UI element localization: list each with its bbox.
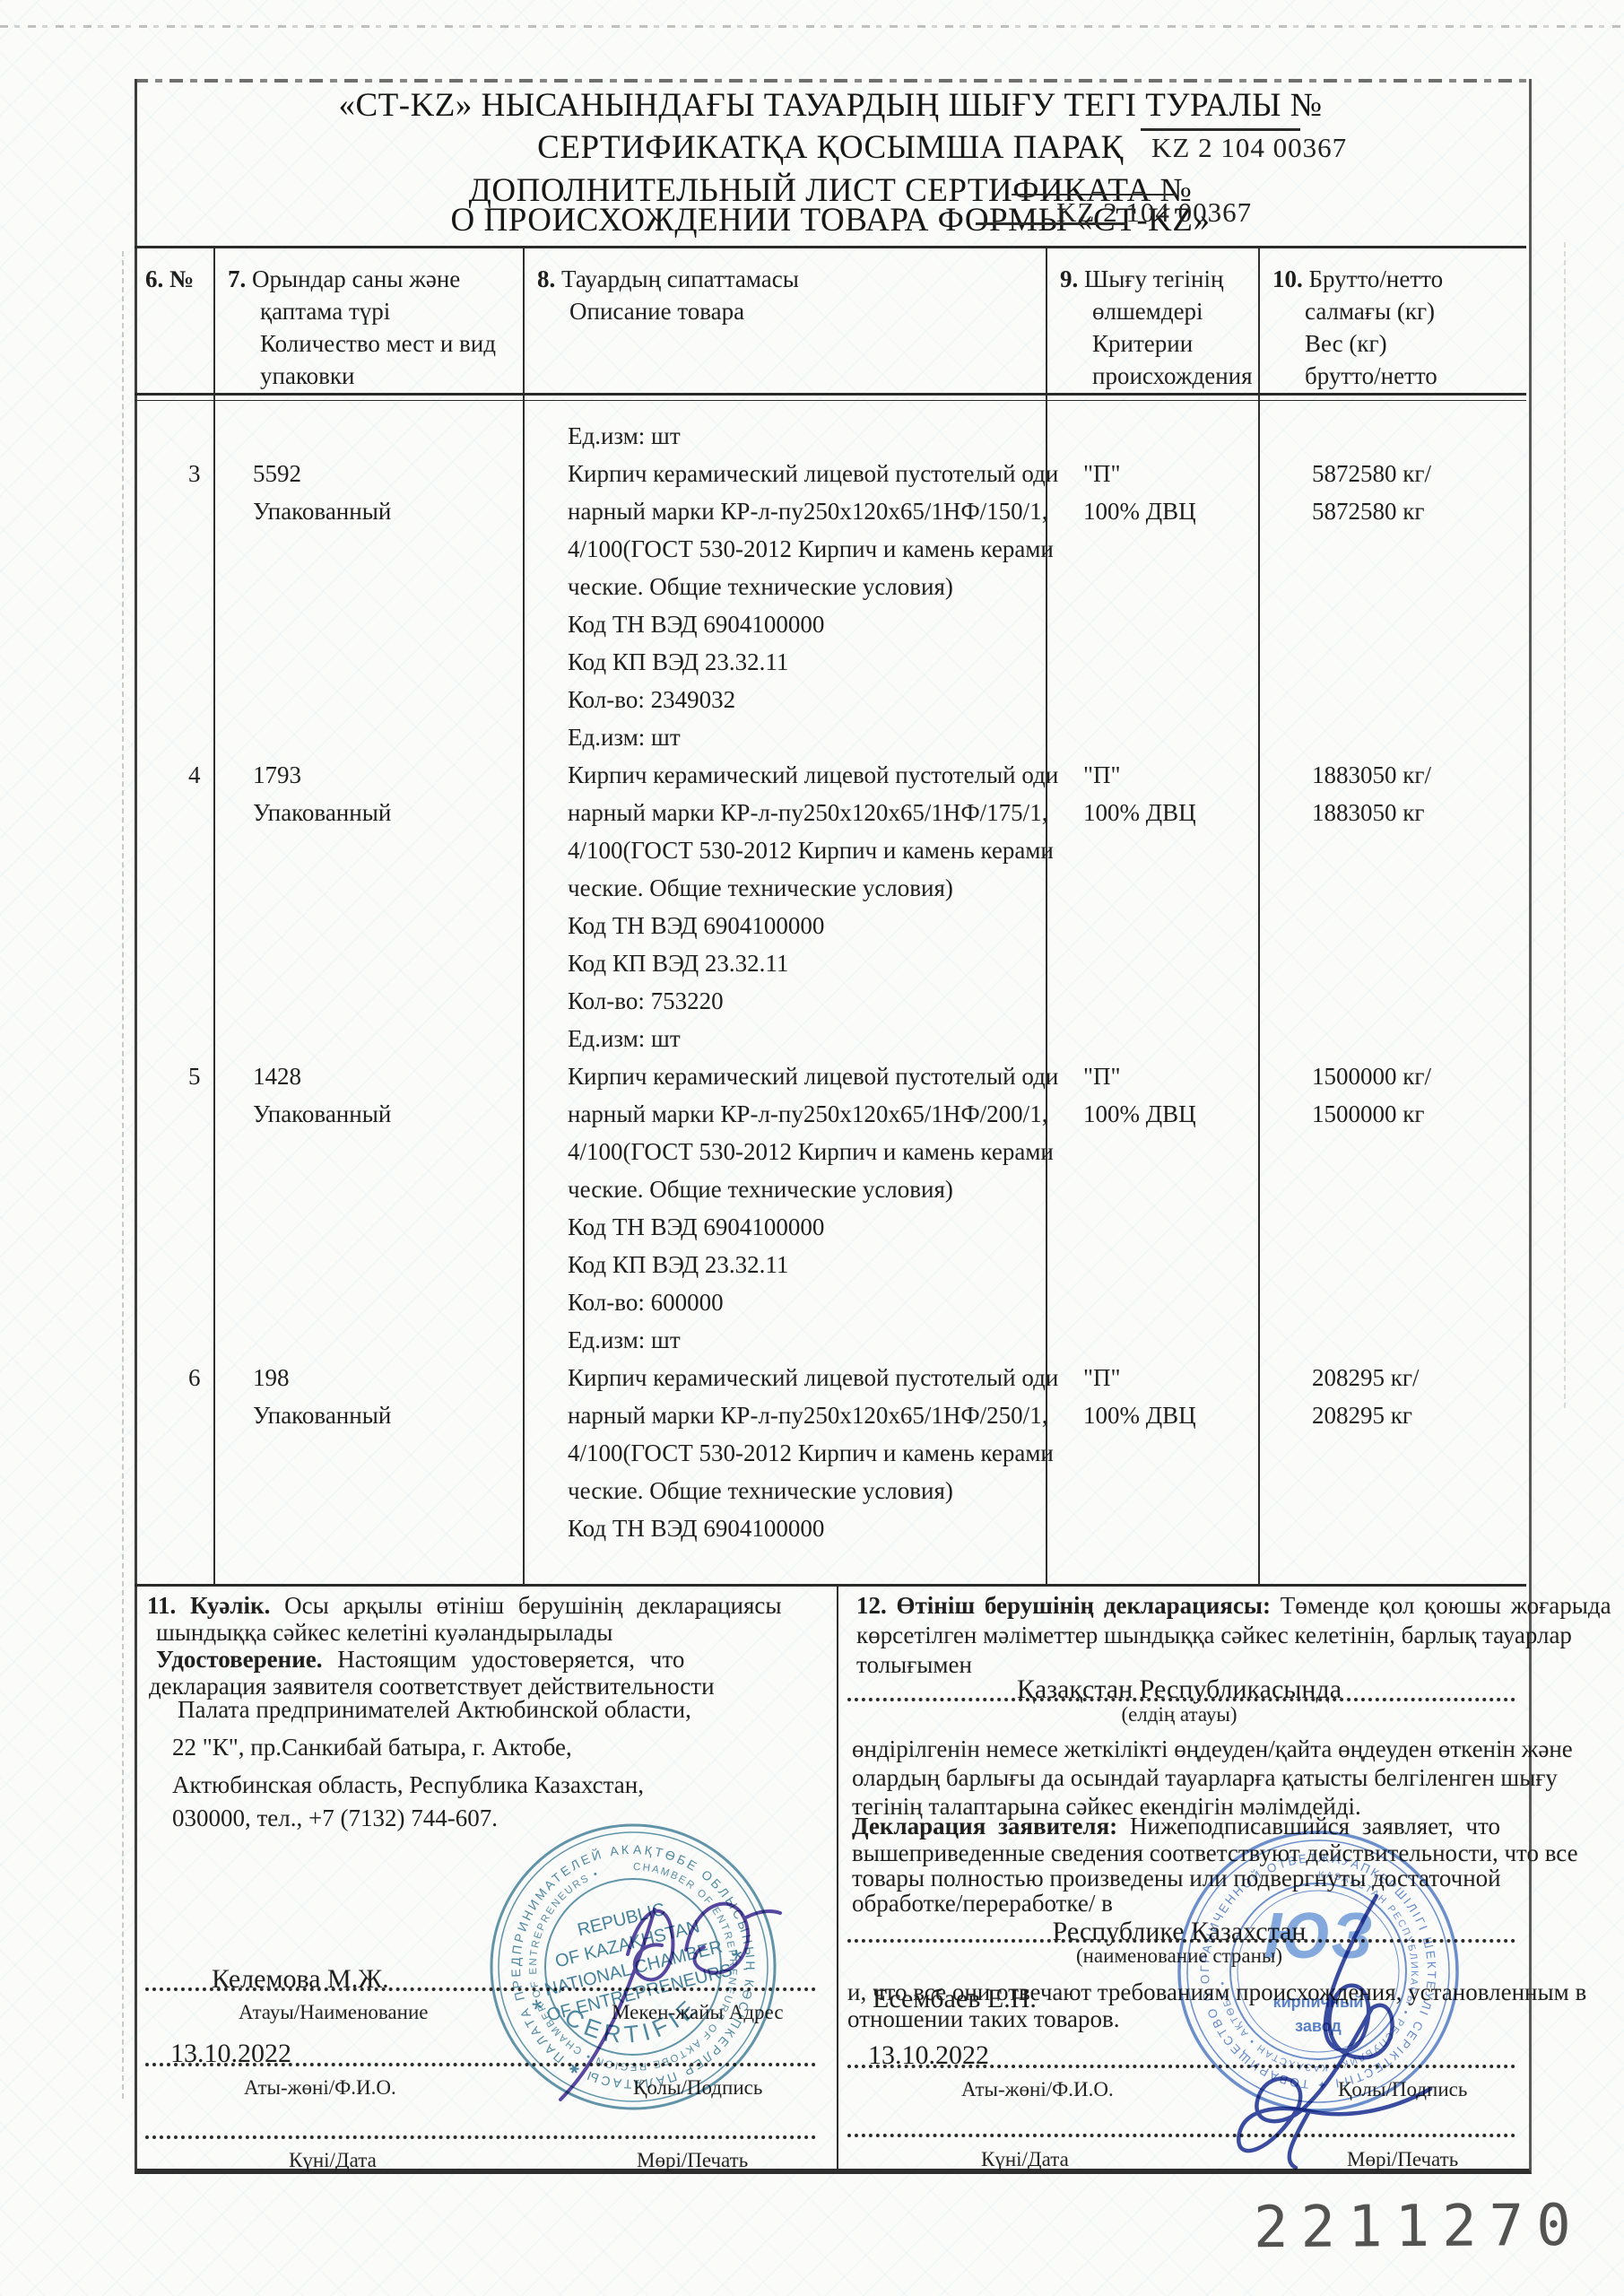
cell-line: Код КП ВЭД 23.32.11: [523, 1246, 1046, 1283]
table-row: 35592УпакованныйЕд.изм: штКирпич керамич…: [135, 417, 1526, 718]
header-line: Критерии: [1060, 327, 1253, 360]
header-line: Описание товара: [537, 295, 1040, 327]
cell-line: Код КП ВЭД 23.32.11: [523, 643, 1046, 681]
cell-line: [135, 718, 213, 756]
s12-heading: 12. Өтініш берушінің декларациясы:: [856, 1592, 1271, 1619]
cell-line: 6: [135, 1359, 213, 1396]
cell-line: [1046, 718, 1258, 756]
cell-line: 4/100(ГОСТ 530-2012 Кирпич и камень кера…: [523, 1133, 1046, 1170]
label-name: Атауы/Наименование: [239, 2001, 428, 2024]
cell-line: Упакованный: [213, 1396, 523, 1434]
cell-weight: 208295 кг/208295 кг: [1258, 1321, 1526, 1547]
s12-p1-l1: Төменде қол қоюшы жоғарыда: [1281, 1592, 1611, 1619]
header-num: 8.: [537, 265, 555, 292]
cell-line: 1500000 кг/: [1258, 1057, 1526, 1095]
table-row: 51428УпакованныйЕд.изм: штКирпич керамич…: [135, 1020, 1526, 1321]
header-num: 9.: [1060, 265, 1078, 292]
cell-line: Кирпич керамический лицевой пустотелый о…: [523, 455, 1046, 492]
cell-line: 3: [135, 455, 213, 492]
s11-org-line: 030000, тел., +7 (7132) 744-607.: [172, 1805, 498, 1832]
s11-heading: 11. Куәлік.: [147, 1592, 270, 1619]
cert-number-strike: [976, 222, 1126, 225]
cell-line: Упакованный: [213, 492, 523, 530]
cell-line: ческие. Общие технические условия): [523, 1472, 1046, 1509]
cell-line: [1046, 1321, 1258, 1359]
cell-line: [1258, 1321, 1526, 1359]
s11-org-line: Актюбинская область, Республика Казахста…: [172, 1771, 644, 1799]
cell-line: 4/100(ГОСТ 530-2012 Кирпич и камень кера…: [523, 831, 1046, 869]
cell-criteria: "П"100% ДВЦ: [1046, 1321, 1258, 1547]
cell-criteria: "П"100% ДВЦ: [1046, 1020, 1258, 1321]
cell-line: "П": [1046, 756, 1258, 794]
header-line: өлшемдері: [1060, 295, 1253, 327]
cell-line: 1428: [213, 1057, 523, 1095]
cert-number-line-1: [1141, 128, 1300, 131]
label-fio: Аты-жөні/Ф.И.О.: [961, 2078, 1114, 2101]
cell-line: Код ТН ВЭД 6904100000: [523, 605, 1046, 643]
cell-line: [135, 1321, 213, 1359]
header-num: 7.: [228, 265, 246, 292]
header-line: Орындар саны және: [252, 265, 460, 292]
section-divider: [837, 1587, 838, 2171]
header-line: Вес (кг): [1272, 327, 1521, 360]
header-line: брутто/нетто: [1272, 360, 1521, 392]
s11-p1-l1: Осы арқылы өтініш берушінің декларациясы: [284, 1592, 781, 1619]
s12-paragraph1-line2: көрсетілген мәліметтер шындыққа сәйкес к…: [856, 1622, 1572, 1649]
cell-desc: Ед.изм: штКирпич керамический лицевой пу…: [523, 1020, 1046, 1321]
cell-line: нарный марки КР-л-пу250х120х65/1НФ/200/1…: [523, 1095, 1046, 1133]
table-row: 41793УпакованныйЕд.изм: штКирпич керамич…: [135, 718, 1526, 1020]
cell-line: [1258, 417, 1526, 455]
cell-line: 4: [135, 756, 213, 794]
cell-line: [1258, 718, 1526, 756]
cell-line: 1883050 кг/: [1258, 756, 1526, 794]
cell-line: Код КП ВЭД 23.32.11: [523, 944, 1046, 982]
cell-line: Упакованный: [213, 794, 523, 831]
cell-line: нарный марки КР-л-пу250х120х65/1НФ/150/1…: [523, 492, 1046, 530]
cert-number-line-2: [1012, 194, 1177, 196]
cell-line: [213, 1321, 523, 1359]
cell-line: Код ТН ВЭД 6904100000: [523, 1509, 1046, 1547]
cell-line: Упакованный: [213, 1095, 523, 1133]
cell-line: Ед.изм: шт: [523, 718, 1046, 756]
header-line: Тауардың сипаттамасы: [561, 265, 799, 292]
cell-weight: 1883050 кг/1883050 кг: [1258, 718, 1526, 1020]
cell-desc: Ед.изм: штКирпич керамический лицевой пу…: [523, 718, 1046, 1020]
label-stamp: Мөрі/Печать: [637, 2149, 748, 2172]
cell-line: "П": [1046, 1359, 1258, 1396]
s12-applicant-name: Есембаев Е.Н.: [873, 1984, 1037, 2014]
cell-line: [1046, 417, 1258, 455]
s12-paragraph2-line: өндірілгенін немесе жеткілікті өңдеуден/…: [852, 1735, 1573, 1763]
s11-paragraph2-line1: Удостоверение. Настоящим удостоверяется,…: [156, 1646, 684, 1674]
cell-line: нарный марки КР-л-пу250х120х65/1НФ/250/1…: [523, 1396, 1046, 1434]
header-no-label: 6. №: [145, 265, 194, 292]
cell-line: [135, 417, 213, 455]
s12-p3-bold: Декларация заявителя:: [852, 1813, 1117, 1839]
cell-no: 4: [135, 718, 213, 1020]
cell-no: 5: [135, 1020, 213, 1321]
cell-line: Кирпич керамический лицевой пустотелый о…: [523, 1359, 1046, 1396]
cell-line: ческие. Общие технические условия): [523, 1170, 1046, 1208]
cell-line: нарный марки КР-л-пу250х120х65/1НФ/175/1…: [523, 794, 1046, 831]
cell-line: 208295 кг/: [1258, 1359, 1526, 1396]
cell-line: Кол-во: 2349032: [523, 681, 1046, 718]
header-line: Брутто/нетто: [1309, 265, 1444, 292]
s12-paragraph1-line1: 12. Өтініш берушінің декларациясы: Төмен…: [856, 1592, 1611, 1620]
header-cell-packages: 7. Орындар саны және қаптама түрі Количе…: [213, 263, 523, 392]
cell-weight: 5872580 кг/5872580 кг: [1258, 417, 1526, 718]
header-cell-criteria: 9. Шығу тегінің өлшемдері Критерии проис…: [1046, 263, 1258, 392]
signature-left: [520, 1856, 807, 2125]
s11-p2-bold: Удостоверение.: [156, 1646, 323, 1673]
cell-line: 1793: [213, 756, 523, 794]
cell-qty: 5592Упакованный: [213, 417, 523, 718]
doc-title-kk-line1: «СТ-KZ» НЫСАНЫНДАҒЫ ТАУАРДЫҢ ШЫҒУ ТЕГІ Т…: [135, 86, 1526, 125]
cell-no: 3: [135, 417, 213, 718]
cell-line: 100% ДВЦ: [1046, 1396, 1258, 1434]
doc-title-ru-line2: О ПРОИСХОЖДЕНИИ ТОВАРА ФОРМЫ «СТ-KZ»: [135, 201, 1526, 239]
cell-line: Код ТН ВЭД 6904100000: [523, 907, 1046, 944]
label-date: Күні/Дата: [289, 2149, 377, 2172]
header-line: Количество мест и вид: [228, 327, 517, 360]
header-line: қаптама түрі: [228, 295, 517, 327]
s12-paragraph2-line: олардың барлығы да осындай тауарларға қа…: [852, 1764, 1558, 1792]
label-fio: Аты-жөні/Ф.И.О.: [244, 2076, 396, 2100]
cell-qty: 198Упакованный: [213, 1321, 523, 1547]
s12-paragraph3-line: обработке/переработке/ в: [852, 1890, 1113, 1918]
cell-line: [135, 1020, 213, 1057]
cell-line: 5872580 кг/: [1258, 455, 1526, 492]
cell-line: ческие. Общие технические условия): [523, 568, 1046, 605]
header-num: 10.: [1272, 265, 1303, 292]
cell-line: [1046, 1020, 1258, 1057]
cell-criteria: "П"100% ДВЦ: [1046, 417, 1258, 718]
label-country-kk: (елдің атауы): [843, 1703, 1515, 1726]
cell-line: 198: [213, 1359, 523, 1396]
document-page: «СТ-KZ» НЫСАНЫНДАҒЫ ТАУАРДЫҢ ШЫҒУ ТЕГІ Т…: [0, 0, 1624, 2296]
cell-line: Ед.изм: шт: [523, 1321, 1046, 1359]
header-cell-weight: 10. Брутто/нетто салмағы (кг) Вес (кг) б…: [1258, 263, 1526, 392]
cell-line: [213, 718, 523, 756]
cell-weight: 1500000 кг/1500000 кг: [1258, 1020, 1526, 1321]
header-cell-no: 6. №: [135, 263, 213, 392]
scan-edge-left: [122, 251, 124, 2099]
cell-line: 5: [135, 1057, 213, 1095]
s11-paragraph1-line1: 11. Куәлік. Осы арқылы өтініш берушінің …: [147, 1592, 782, 1620]
cell-line: 1500000 кг: [1258, 1095, 1526, 1133]
table-header: 6. № 7. Орындар саны және қаптама түрі К…: [135, 248, 1526, 392]
cell-line: [213, 417, 523, 455]
goods-table: 6. № 7. Орындар саны және қаптама түрі К…: [135, 246, 1526, 1587]
cell-line: 100% ДВЦ: [1046, 794, 1258, 831]
table-row: 6198УпакованныйЕд.изм: штКирпич керамиче…: [135, 1321, 1526, 1547]
s11-org-line: 22 "К", пр.Санкибай батыра, г. Актобе,: [172, 1734, 572, 1761]
cell-no: 6: [135, 1321, 213, 1547]
cell-criteria: "П"100% ДВЦ: [1046, 718, 1258, 1020]
cell-line: Кирпич керамический лицевой пустотелый о…: [523, 1057, 1046, 1095]
cell-line: Кол-во: 753220: [523, 982, 1046, 1020]
scan-noise-strip: [0, 25, 1624, 28]
cell-line: Кол-во: 600000: [523, 1283, 1046, 1321]
dotted-line: [847, 1698, 1515, 1701]
header-line: происхождения: [1060, 360, 1253, 392]
declaration-sections: 11. Куәлік. Осы арқылы өтініш берушінің …: [135, 1584, 1526, 2171]
cell-line: 1883050 кг: [1258, 794, 1526, 831]
scan-edge-right: [1564, 242, 1566, 1408]
cell-line: Ед.изм: шт: [523, 417, 1046, 455]
cell-line: [213, 1020, 523, 1057]
cell-qty: 1428Упакованный: [213, 1020, 523, 1321]
cell-line: Ед.изм: шт: [523, 1020, 1046, 1057]
header-line: упаковки: [228, 360, 517, 392]
cell-line: ческие. Общие технические условия): [523, 869, 1046, 907]
cell-desc: Ед.изм: штКирпич керамический лицевой пу…: [523, 417, 1046, 718]
header-line: салмағы (кг): [1272, 295, 1521, 327]
cell-line: 208295 кг: [1258, 1396, 1526, 1434]
cell-line: 100% ДВЦ: [1046, 492, 1258, 530]
cell-line: 5872580 кг: [1258, 492, 1526, 530]
cert-number-top: KZ 2 104 00367: [1151, 132, 1347, 164]
s11-p2-l1: Настоящим удостоверяется, что: [337, 1646, 684, 1673]
label-date: Күні/Дата: [981, 2148, 1069, 2171]
cell-line: Кирпич керамический лицевой пустотелый о…: [523, 756, 1046, 794]
s11-org-line: Палата предпринимателей Актюбинской обла…: [178, 1696, 691, 1724]
doc-number-stamp: 2211270: [1254, 2193, 1584, 2262]
cell-line: [1258, 1020, 1526, 1057]
cell-line: "П": [1046, 1057, 1258, 1095]
cell-desc: Ед.изм: штКирпич керамический лицевой пу…: [523, 1321, 1046, 1547]
cell-qty: 1793Упакованный: [213, 718, 523, 1020]
header-line: Шығу тегінің: [1084, 265, 1223, 292]
cell-line: 100% ДВЦ: [1046, 1095, 1258, 1133]
s11-paragraph1-line2: шындыққа сәйкес келетіні куәландырылады: [156, 1619, 612, 1647]
cell-line: 4/100(ГОСТ 530-2012 Кирпич и камень кера…: [523, 530, 1046, 568]
cell-line: 4/100(ГОСТ 530-2012 Кирпич и камень кера…: [523, 1434, 1046, 1472]
cell-line: 5592: [213, 455, 523, 492]
dotted-line: [145, 2135, 816, 2139]
signature-right: [1193, 1883, 1489, 2171]
cell-line: Код ТН ВЭД 6904100000: [523, 1208, 1046, 1246]
table-body: 35592УпакованныйЕд.изм: штКирпич керамич…: [135, 401, 1526, 1587]
header-cell-description: 8. Тауардың сипаттамасы Описание товара: [523, 263, 1046, 392]
header-rule: [135, 393, 1526, 401]
cell-line: "П": [1046, 455, 1258, 492]
